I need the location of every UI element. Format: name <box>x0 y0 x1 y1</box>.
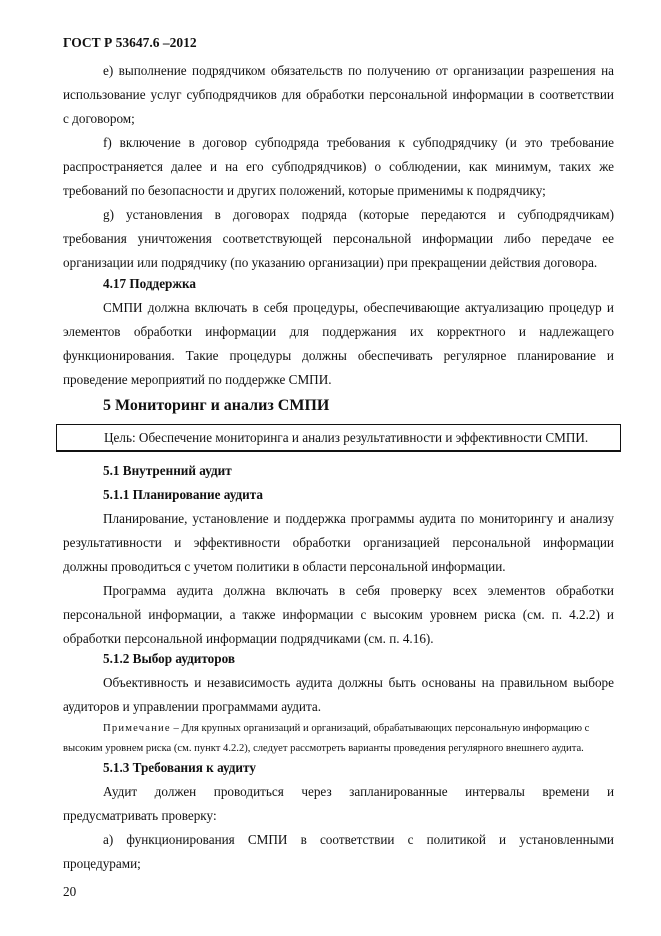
document-header: ГОСТ Р 53647.6 –2012 <box>63 35 614 51</box>
item-e-line-1: e) выполнение подрядчиком обязательств п… <box>103 63 614 79</box>
section-5-title: 5 Мониторинг и анализ СМПИ <box>103 398 654 414</box>
goal-box: Цель: Обеспечение мониторинга и анализ р… <box>56 424 621 452</box>
section-4-17-line-4: проведение мероприятий по поддержке СМПИ… <box>63 372 614 388</box>
section-5-1-2-line-1: Объективность и независимость аудита дол… <box>103 675 614 691</box>
item-a-line-2: процедурами; <box>63 856 614 872</box>
item-f-line-3: требований по безопасности и других поло… <box>63 183 614 199</box>
item-e-line-3: с договором; <box>63 111 614 127</box>
goal-text: Цель: Обеспечение мониторинга и анализ р… <box>104 430 588 446</box>
note-text-1: – Для крупных организаций и организаций,… <box>171 723 590 734</box>
section-4-17-line-1: СМПИ должна включать в себя процедуры, о… <box>103 300 614 316</box>
section-5-1-1-p2-line-2: персональной информации, а также информа… <box>63 607 614 623</box>
item-e-line-2: использование услуг субподрядчиков для о… <box>63 87 614 103</box>
section-5-1-1-title: 5.1.1 Планирование аудита <box>103 487 614 503</box>
item-g-line-3: организации или подрядчику (по указанию … <box>63 255 614 271</box>
item-f-line-2: распространяется далее и на его субподря… <box>63 159 614 175</box>
section-4-17-line-3: функционирования. Такие процедуры должны… <box>63 348 614 364</box>
item-g-line-1: g) установления в договорах подряда (кот… <box>103 207 614 223</box>
item-f-line-1: f) включение в договор субподряда требов… <box>103 135 614 151</box>
section-5-1-1-p1-line-2: результативности и эффективности обработ… <box>63 535 614 551</box>
note-line-1: Примечание – Для крупных организаций и о… <box>103 721 614 737</box>
section-5-1-title: 5.1 Внутренний аудит <box>103 463 614 479</box>
section-5-1-2-title: 5.1.2 Выбор аудиторов <box>103 651 614 667</box>
section-5-1-1-p1-line-3: должны проводиться с учетом политики в о… <box>63 559 614 575</box>
section-5-1-3-title: 5.1.3 Требования к аудиту <box>103 760 614 776</box>
section-5-1-1-p2-line-1: Программа аудита должна включать в себя … <box>103 583 614 599</box>
item-a-line-1: а) функционирования СМПИ в соответствии … <box>103 832 614 848</box>
note-label: Примечание <box>103 723 171 734</box>
section-5-1-2-line-2: аудиторов и управлении программами аудит… <box>63 699 614 715</box>
section-4-17-title: 4.17 Поддержка <box>103 276 614 292</box>
section-5-1-3-line-1: Аудит должен проводиться через запланиро… <box>103 784 614 800</box>
section-5-1-3-line-2: предусматривать проверку: <box>63 808 614 824</box>
section-4-17-line-2: элементов обработки информации для подде… <box>63 324 614 340</box>
page-number: 20 <box>63 884 76 900</box>
section-5-1-1-p2-line-3: обработки персональной информации подряд… <box>63 631 614 647</box>
note-line-2: высоким уровнем риска (см. пункт 4.2.2),… <box>63 741 614 757</box>
section-5-1-1-p1-line-1: Планирование, установление и поддержка п… <box>103 511 614 527</box>
item-g-line-2: требования уничтожения соответствующей п… <box>63 231 614 247</box>
